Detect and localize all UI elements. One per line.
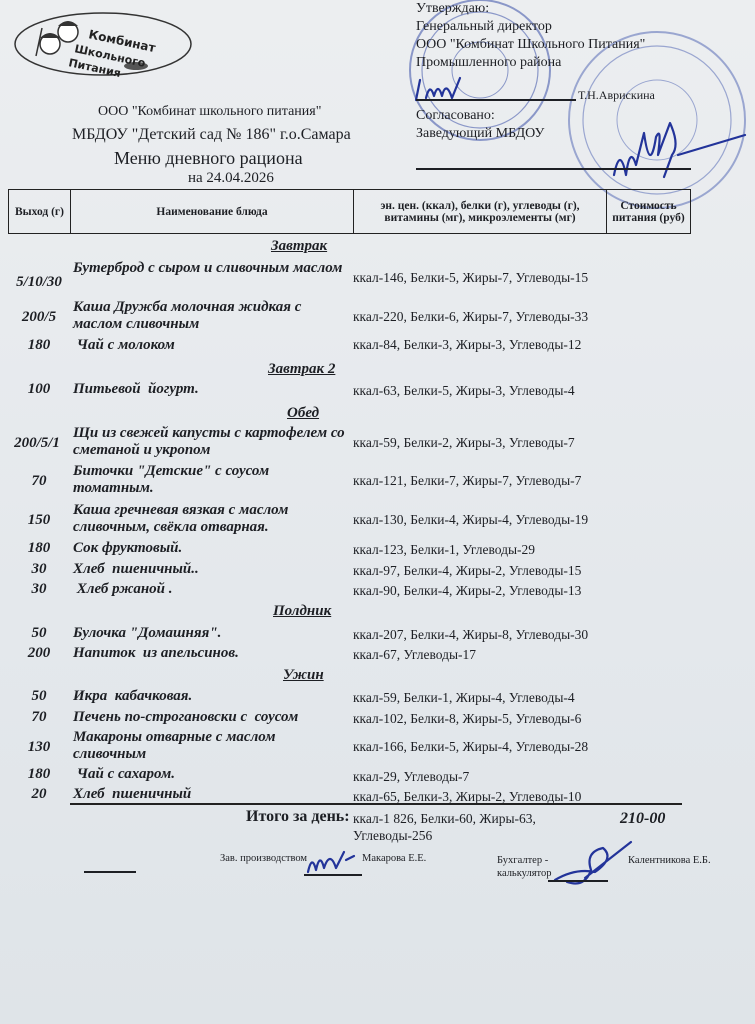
approver-position-line1: Генеральный директор xyxy=(416,18,552,36)
yield-value: 200/5 xyxy=(6,309,72,326)
total-nutrition: ккал-1 826, Белки-60, Жиры-63, Углеводы-… xyxy=(353,810,543,844)
director-signature xyxy=(412,72,472,102)
dish-name: Макароны отварные с маслом сливочным xyxy=(73,729,333,763)
column-yield: Выход (г) xyxy=(9,190,71,233)
dish-name: Биточки "Детские" с соусом томатным. xyxy=(73,463,353,497)
approve-label: Утверждаю: xyxy=(416,0,489,18)
yield-value: 130 xyxy=(6,739,72,756)
nutrition-value: ккал-123, Белки-1, Углеводы-29 xyxy=(353,542,535,558)
dish-name: Хлеб пшеничный.. xyxy=(73,561,353,578)
yield-value: 5/10/30 xyxy=(6,274,72,291)
section-breakfast: Завтрак xyxy=(271,238,327,255)
head-signature xyxy=(600,115,750,180)
total-label: Итого за день: xyxy=(246,808,350,826)
dish-name: Каша Дружба молочная жидкая с маслом сли… xyxy=(73,299,353,333)
menu-document: Комбинат Школьного Питания ООО "Комбинат… xyxy=(0,0,755,1024)
accountant-signature xyxy=(545,838,635,893)
accountant-label-line1: Бухгалтер - xyxy=(497,855,548,866)
nutrition-value: ккал-146, Белки-5, Жиры-7, Углеводы-15 xyxy=(353,270,588,286)
dish-name: Каша гречневая вязкая с маслом сливочным… xyxy=(73,502,343,536)
production-signature-line xyxy=(304,874,362,876)
agreed-label: Согласовано: xyxy=(416,107,495,125)
yield-value: 70 xyxy=(6,709,72,726)
yield-value: 50 xyxy=(6,625,72,642)
dish-name: Печень по-строгановски с соусом xyxy=(73,709,353,726)
approver-position-line3: Промышленного района xyxy=(416,54,561,72)
column-cost: Стоимость питания (руб) xyxy=(607,190,690,233)
yield-value: 20 xyxy=(6,786,72,803)
dish-name: Булочка "Домашняя". xyxy=(73,625,353,642)
nutrition-value: ккал-166, Белки-5, Жиры-4, Углеводы-28 xyxy=(353,739,588,755)
nutrition-value: ккал-102, Белки-8, Жиры-5, Углеводы-6 xyxy=(353,711,581,727)
yield-value: 30 xyxy=(6,581,72,598)
total-cost: 210-00 xyxy=(620,810,665,828)
yield-value: 100 xyxy=(6,381,72,398)
section-afternoon-snack: Полдник xyxy=(273,603,331,620)
nutrition-value: ккал-220, Белки-6, Жиры-7, Углеводы-33 xyxy=(353,309,588,325)
table-bottom-divider xyxy=(70,803,682,805)
yield-value: 180 xyxy=(6,337,72,354)
nutrition-value: ккал-207, Белки-4, Жиры-8, Углеводы-30 xyxy=(353,627,588,643)
table-header: Выход (г) Наименование блюда эн. цен. (к… xyxy=(8,189,691,234)
dish-name: Щи из свежей капусты с картофелем со сме… xyxy=(73,425,353,459)
dish-name: Сок фруктовый. xyxy=(73,540,353,557)
dish-name: Питьевой йогурт. xyxy=(73,381,353,398)
section-dinner: Ужин xyxy=(283,667,324,684)
accountant-name: Калентникова Е.Б. xyxy=(628,855,711,866)
yield-value: 180 xyxy=(6,766,72,783)
nutrition-value: ккал-90, Белки-4, Жиры-2, Углеводы-13 xyxy=(353,583,581,599)
dish-name: Чай с молоком xyxy=(73,337,353,354)
accountant-label-line2: калькулятор xyxy=(497,868,551,879)
column-dish: Наименование блюда xyxy=(71,190,354,233)
agreed-position: Заведующий МБДОУ xyxy=(416,125,544,143)
institution-name: МБДОУ "Детский сад № 186" г.о.Самара xyxy=(72,126,351,144)
yield-value: 180 xyxy=(6,540,72,557)
director-signature-line xyxy=(416,99,576,101)
nutrition-value: ккал-130, Белки-4, Жиры-4, Углеводы-19 xyxy=(353,512,588,528)
production-manager-label: Зав. производством xyxy=(220,853,307,864)
dish-name: Чай с сахаром. xyxy=(73,766,353,783)
menu-date: на 24.04.2026 xyxy=(188,170,274,187)
nutrition-value: ккал-67, Углеводы-17 xyxy=(353,647,476,663)
nutrition-value: ккал-84, Белки-3, Жиры-3, Углеводы-12 xyxy=(353,337,581,353)
blank-signature-line xyxy=(84,871,136,873)
yield-value: 150 xyxy=(6,512,72,529)
page-title: Меню дневного рациона xyxy=(114,148,303,169)
section-second-breakfast: Завтрак 2 xyxy=(268,361,335,378)
nutrition-value: ккал-97, Белки-4, Жиры-2, Углеводы-15 xyxy=(353,563,581,579)
yield-value: 30 xyxy=(6,561,72,578)
yield-value: 70 xyxy=(6,473,72,490)
production-manager-name: Макарова Е.Е. xyxy=(362,853,426,864)
nutrition-value: ккал-63, Белки-5, Жиры-3, Углеводы-4 xyxy=(353,383,575,399)
dish-name: Хлеб пшеничный xyxy=(73,786,353,803)
dish-name: Икра кабачковая. xyxy=(73,688,353,705)
nutrition-value: ккал-59, Белки-1, Жиры-4, Углеводы-4 xyxy=(353,690,575,706)
company-logo: Комбинат Школьного Питания xyxy=(8,8,198,80)
nutrition-value: ккал-121, Белки-7, Жиры-7, Углеводы-7 xyxy=(353,473,581,489)
production-manager-signature xyxy=(302,846,362,876)
section-lunch: Обед xyxy=(287,405,319,422)
yield-value: 200 xyxy=(6,645,72,662)
approver-position-line2: ООО "Комбинат Школьного Питания" xyxy=(416,36,645,54)
approver-name: Т.Н.Аврискина xyxy=(578,86,655,104)
organization-name: ООО "Комбинат школьного питания" xyxy=(98,104,321,120)
accountant-signature-line xyxy=(548,880,608,882)
agreed-signature-line xyxy=(416,168,691,170)
dish-name: Хлеб ржаной . xyxy=(73,581,353,598)
yield-value: 50 xyxy=(6,688,72,705)
column-nutrition: эн. цен. (ккал), белки (г), углеводы (г)… xyxy=(354,190,607,233)
nutrition-value: ккал-29, Углеводы-7 xyxy=(353,769,469,785)
dish-name: Бутерброд с сыром и сливочным маслом xyxy=(73,260,353,277)
dish-name: Напиток из апельсинов. xyxy=(73,645,353,662)
yield-value: 200/5/1 xyxy=(4,435,70,452)
nutrition-value: ккал-59, Белки-2, Жиры-3, Углеводы-7 xyxy=(353,435,575,451)
